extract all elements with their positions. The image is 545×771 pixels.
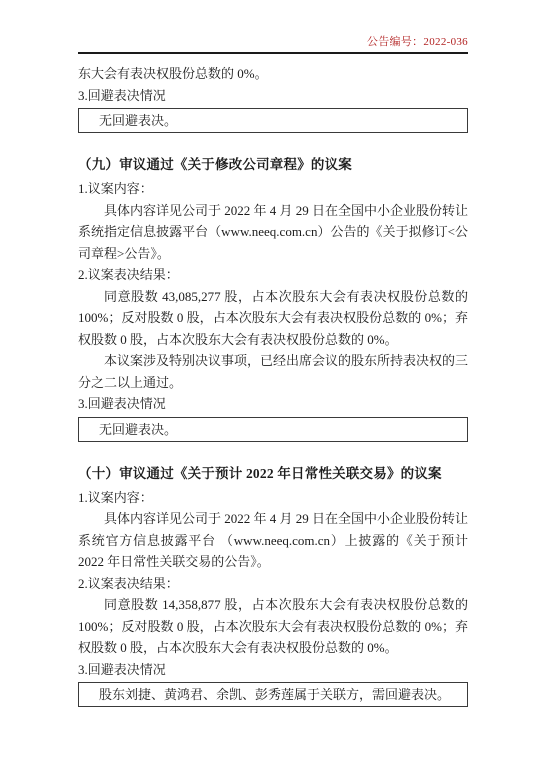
section-10-abstain-text: 股东刘捷、黄鸿君、余凯、彭秀莲属于关联方，需回避表决。 [99, 687, 450, 702]
content-column: 公告编号：2022-036 东大会有表决权股份总数的 0%。 3.回避表决情况 … [78, 0, 468, 707]
carryover-abstain-box: 无回避表决。 [78, 108, 468, 133]
section-9-item3-label: 3.回避表决情况 [78, 393, 468, 415]
document-page: 公告编号：2022-036 东大会有表决权股份总数的 0%。 3.回避表决情况 … [0, 0, 545, 771]
section-10-heading: （十）审议通过《关于预计 2022 年日常性关联交易》的议案 [78, 462, 468, 486]
header-divider [78, 52, 468, 54]
section-9-content-paragraph: 具体内容详见公司于 2022 年 4 月 29 日在全国中小企业股份转让系统指定… [78, 200, 468, 265]
carryover-abstain-text: 无回避表决。 [99, 113, 177, 128]
section-9-item2-label: 2.议案表决结果： [78, 264, 468, 286]
section-10-content-paragraph: 具体内容详见公司于 2022 年 4 月 29 日在全国中小企业股份转让系统官方… [78, 508, 468, 573]
notice-number: 公告编号：2022-036 [78, 36, 468, 49]
section-10: （十）审议通过《关于预计 2022 年日常性关联交易》的议案 1.议案内容： 具… [78, 462, 468, 708]
section-9-heading: （九）审议通过《关于修改公司章程》的议案 [78, 153, 468, 177]
section-9: （九）审议通过《关于修改公司章程》的议案 1.议案内容： 具体内容详见公司于 2… [78, 153, 468, 442]
section-10-abstain-box: 股东刘捷、黄鸿君、余凯、彭秀莲属于关联方，需回避表决。 [78, 682, 468, 707]
section-9-item1-label: 1.议案内容： [78, 178, 468, 200]
carryover-tail-line: 东大会有表决权股份总数的 0%。 [78, 63, 468, 85]
section-10-vote-paragraph: 同意股数 14,358,877 股，占本次股东大会有表决权股份总数的 100%；… [78, 594, 468, 659]
section-9-vote-paragraph: 同意股数 43,085,277 股，占本次股东大会有表决权股份总数的 100%；… [78, 286, 468, 351]
section-9-abstain-text: 无回避表决。 [99, 422, 177, 437]
carryover-item3-label: 3.回避表决情况 [78, 85, 468, 107]
section-10-item1-label: 1.议案内容： [78, 487, 468, 509]
section-9-abstain-box: 无回避表决。 [78, 417, 468, 442]
section-10-item3-label: 3.回避表决情况 [78, 659, 468, 681]
section-9-special-resolution-paragraph: 本议案涉及特别决议事项，已经出席会议的股东所持表决权的三分之二以上通过。 [78, 350, 468, 393]
section-10-item2-label: 2.议案表决结果： [78, 573, 468, 595]
